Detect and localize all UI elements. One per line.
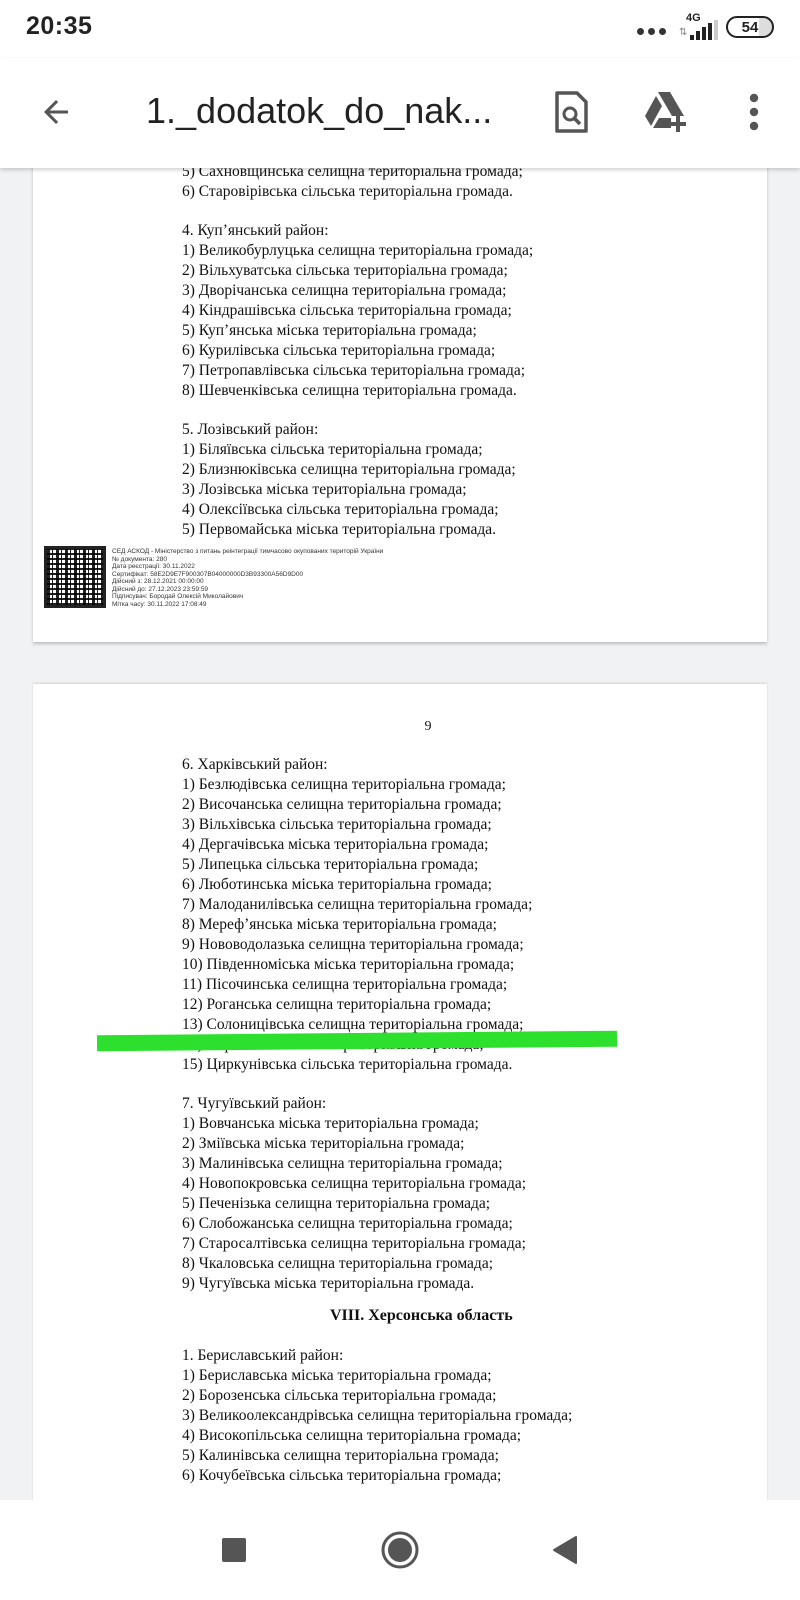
pdf-page-8: 5) Сахновщинська селищна територіальна г… (33, 168, 767, 642)
text-line: 1) Вовчанська міська територіальна грома… (182, 1114, 532, 1134)
pdf-viewer[interactable]: 5) Сахновщинська селищна територіальна г… (0, 168, 800, 1500)
text-line: Дійсний з: 28.12.2021 00:00:00 (112, 578, 383, 586)
text-line: 8) Мереф’янська міська територіальна гро… (182, 915, 532, 935)
more-vert-icon (744, 92, 764, 132)
text-line: 5) Сахновщинська селищна територіальна г… (182, 168, 533, 182)
text-line: 7. Чугуївський район: (182, 1094, 532, 1114)
text-line: 2) Зміївська міська територіальна громад… (182, 1134, 532, 1154)
text-line: 3) Вільхівська сільська територіальна гр… (182, 815, 532, 835)
cellular-signal-icon: 4G ⇅ (676, 14, 716, 40)
signature-details: СЕД АСКОД - Міністерство з питань реінте… (112, 546, 383, 608)
section-heading-wrap: VIII. Херсонська область (178, 1306, 513, 1326)
text-line: Дата реєстрації: 30.11.2022 (112, 563, 383, 571)
status-icons: 4G ⇅ 54 (637, 14, 774, 40)
qr-code (44, 546, 106, 608)
text-line: 2) Близнюківська селищна територіальна г… (182, 460, 533, 480)
recents-square-icon (221, 1537, 247, 1563)
text-line: 5) Куп’янська міська територіальна грома… (182, 321, 533, 341)
pdf-page-9: 9 6. Харківський район:1) Безлюдівська с… (33, 684, 767, 1500)
battery-icon: 54 (726, 16, 774, 38)
text-line: 10) Південноміська міська територіальна … (182, 955, 532, 975)
document-title: 1._dodatok_do_nak... (146, 90, 492, 132)
text-line: Дійсний до: 27.12.2023 23:59:59 (112, 586, 383, 594)
text-line: 7) Малоданилівська селищна територіальна… (182, 895, 532, 915)
text-line: 1) Біляївська сільська територіальна гро… (182, 440, 533, 460)
system-back-button[interactable] (534, 1520, 594, 1580)
battery-level: 54 (742, 19, 759, 36)
page-text: 5) Сахновщинська селищна територіальна г… (182, 168, 533, 540)
system-navigation-bar (0, 1500, 800, 1600)
find-in-document-button[interactable] (547, 88, 595, 136)
text-line: 6) Старовірівська сільська територіальна… (182, 182, 533, 202)
text-line: 12) Роганська селищна територіальна гром… (182, 995, 532, 1015)
page-number: 9 (33, 719, 800, 735)
text-line: 8) Шевченківська селищна територіальна г… (182, 381, 533, 401)
text-line: Підписувач: Бородай Олексій Миколайович (112, 593, 383, 601)
page-text: 1. Бериславський район:1) Бериславська м… (182, 1346, 572, 1486)
blank-line (182, 202, 533, 221)
text-line: 15) Циркунівська сільська територіальна … (182, 1055, 532, 1075)
page-text: 6. Харківський район:1) Безлюдівська сел… (182, 755, 532, 1294)
back-triangle-icon (550, 1535, 578, 1565)
text-line: 7) Старосалтівська селищна територіальна… (182, 1234, 532, 1254)
text-line: 7) Петропавлівська сільська територіальн… (182, 361, 533, 381)
digital-signature-stamp: СЕД АСКОД - Міністерство з питань реінте… (44, 546, 383, 608)
recents-button[interactable] (204, 1520, 264, 1580)
text-line: 6. Харківський район: (182, 755, 532, 775)
home-circle-icon (380, 1530, 420, 1570)
text-line: 6) Курилівська сільська територіальна гр… (182, 341, 533, 361)
text-line: 9) Нововодолазька селищна територіальна … (182, 935, 532, 955)
text-line: Сертифікат: 58E2D9E7F900307B04000000D3B9… (112, 571, 383, 579)
status-bar: 20:35 4G ⇅ 54 (0, 0, 800, 58)
text-line: 5) Калинівська селищна територіальна гро… (182, 1446, 572, 1466)
blank-line (182, 401, 533, 420)
text-line: 4) Новопокровська селищна територіальна … (182, 1174, 532, 1194)
text-line: 3) Дворічанська селищна територіальна гр… (182, 281, 533, 301)
blank-line (182, 1075, 532, 1094)
text-line: 3) Великоолександрівська селищна територ… (182, 1406, 572, 1426)
text-line: 5) Печенізька селищна територіальна гром… (182, 1194, 532, 1214)
text-line: 5) Липецька сільська територіальна грома… (182, 855, 532, 875)
text-line: 11) Пісочинська селищна територіальна гр… (182, 975, 532, 995)
text-line: 4) Дергачівська міська територіальна гро… (182, 835, 532, 855)
section-heading: VIII. Херсонська область (178, 1306, 513, 1326)
more-notifications-icon (637, 28, 666, 35)
text-line: 5. Лозівський район: (182, 420, 533, 440)
back-arrow-icon (38, 94, 74, 130)
app-bar: 1._dodatok_do_nak... (0, 58, 800, 168)
text-line: 2) Вільхуватська сільська територіальна … (182, 261, 533, 281)
text-line: № документа: 280 (112, 556, 383, 564)
text-line: 3) Малинівська селищна територіальна гро… (182, 1154, 532, 1174)
text-line: 6) Люботинська міська територіальна гром… (182, 875, 532, 895)
find-in-document-icon (553, 90, 589, 134)
text-line: 8) Чкаловська селищна територіальна гром… (182, 1254, 532, 1274)
home-button[interactable] (370, 1520, 430, 1580)
text-line: 1. Бериславський район: (182, 1346, 572, 1366)
text-line: 3) Лозівська міська територіальна громад… (182, 480, 533, 500)
text-line: 4) Кіндрашівська сільська територіальна … (182, 301, 533, 321)
status-time: 20:35 (26, 12, 92, 41)
more-options-button[interactable] (730, 88, 778, 136)
text-line: 4. Куп’янський район: (182, 221, 533, 241)
text-line: 4) Олексіївська сільська територіальна г… (182, 500, 533, 520)
text-line: 5) Первомайська міська територіальна гро… (182, 520, 533, 540)
back-button[interactable] (34, 90, 78, 134)
text-line: 1) Бериславська міська територіальна гро… (182, 1366, 572, 1386)
text-line: 9) Чугуївська міська територіальна грома… (182, 1274, 532, 1294)
text-line: 2) Височанська селищна територіальна гро… (182, 795, 532, 815)
text-line: СЕД АСКОД - Міністерство з питань реінте… (112, 548, 383, 556)
add-to-drive-icon (643, 90, 689, 134)
text-line: 2) Борозенська сільська територіальна гр… (182, 1386, 572, 1406)
text-line: 6) Слобожанська селищна територіальна гр… (182, 1214, 532, 1234)
text-line: Мітка часу: 30.11.2022 17:08:49 (112, 601, 383, 609)
add-to-drive-button[interactable] (642, 88, 690, 136)
text-line: 1) Великобурлуцька селищна територіальна… (182, 241, 533, 261)
text-line: 1) Безлюдівська селищна територіальна гр… (182, 775, 532, 795)
text-line: 4) Високопільська селищна територіальна … (182, 1426, 572, 1446)
text-line: 6) Кочубеївська сільська територіальна г… (182, 1466, 572, 1486)
